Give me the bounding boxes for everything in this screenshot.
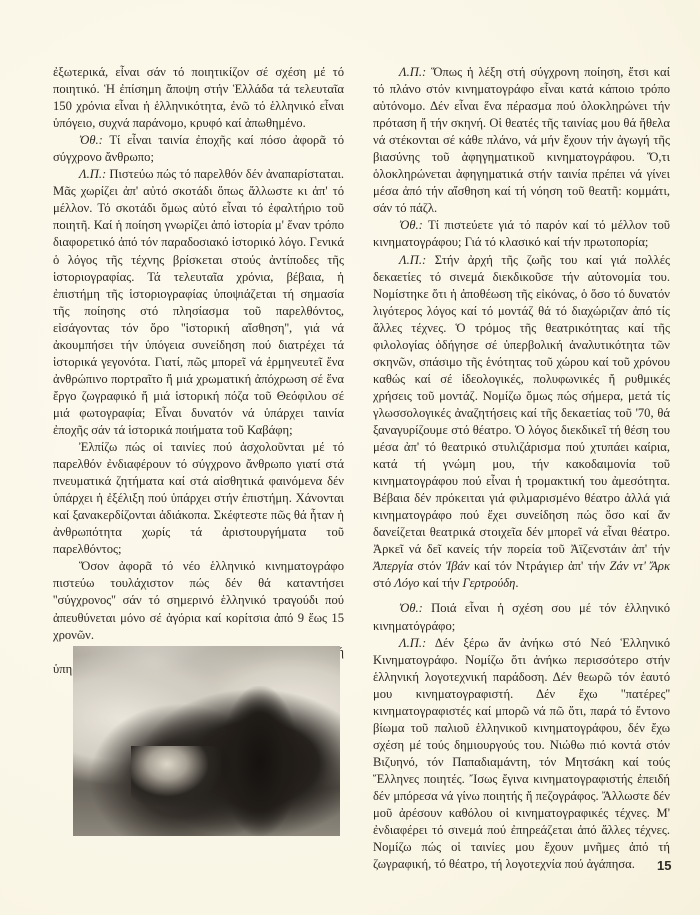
answer-text: Στήν ἀρχή τῆς ζωῆς του καί γιά πολλές δε…: [373, 253, 670, 557]
answer-paragraph: Ἐλπίζω πώς οἱ ταινίες πού ἀσχολοῦνται μέ…: [53, 439, 344, 558]
film-title: Λόγο: [394, 576, 419, 590]
answer-text: Πιστεύω πώς τό παρελθόν δέν ἀναπαρίστατα…: [53, 167, 344, 437]
answer-text: στό: [373, 576, 394, 590]
film-title: Γερτρούδη: [462, 576, 515, 590]
film-title: Ζάν ντ' Ἄρκ: [609, 559, 670, 573]
right-column: Λ.Π.: Ὅπως ἡ λέξη στή σύγχρονη ποίηση, ἔ…: [373, 64, 670, 873]
answer-paragraph: Ὅσον ἀφορᾶ τό νέο ἑλληνικό κινηματογράφο…: [53, 558, 344, 643]
answer-text: Ὅπως ἡ λέξη στή σύγχρονη ποίηση, ἔτσι κα…: [373, 65, 670, 215]
speaker-label-director: Λ.Π.:: [399, 636, 426, 650]
answer-paragraph: Λ.Π.: Ὅπως ἡ λέξη στή σύγχρονη ποίηση, ἔ…: [373, 64, 670, 217]
answer-text: στόν: [413, 559, 446, 573]
question-paragraph: Ὀθ.: Τί πιστεύετε γιά τό παρόν καί τό μέ…: [373, 217, 670, 251]
photo-woman-in-black: [221, 686, 299, 836]
answer-text: καί τήν: [419, 576, 462, 590]
answer-text: Δέν ξέρω ἄν ἀνήκω στό Νεό Ἑλληνικό Κινημ…: [373, 636, 670, 872]
film-title: Ἀπεργία: [373, 559, 413, 573]
question-paragraph: Ὀθ.: Τί εἶναι ταινία ἐποχῆς καί πόσο ἀφο…: [53, 132, 344, 166]
paragraph-continuation: ἐξωτερικά, εἶναι σάν τό ποιητικίζον σέ σ…: [53, 64, 344, 132]
speaker-label-interviewer: Ὀθ.:: [79, 133, 103, 147]
answer-paragraph: Λ.Π.: Στήν ἀρχή τῆς ζωῆς του καί γιά πολ…: [373, 252, 670, 593]
film-title: Ἰβάν: [446, 559, 470, 573]
question-paragraph: Ὀθ.: Ποιά εἶναι ἡ σχέση σου μέ τόν ἑλλην…: [373, 600, 670, 634]
magazine-page: ἐξωτερικά, εἶναι σάν τό ποιητικίζον σέ σ…: [0, 0, 700, 915]
answer-paragraph: Λ.Π.: Δέν ξέρω ἄν ἀνήκω στό Νεό Ἑλληνικό…: [373, 635, 670, 874]
film-still-photo: [73, 646, 340, 836]
speaker-label-director: Λ.Π.:: [399, 253, 426, 267]
speaker-label-director: Λ.Π.:: [79, 167, 106, 181]
page-number: 15: [657, 858, 671, 873]
answer-paragraph: Λ.Π.: Πιστεύω πώς τό παρελθόν δέν ἀναπαρ…: [53, 166, 344, 439]
speaker-label-interviewer: Ὀθ.:: [399, 218, 423, 232]
speaker-label-director: Λ.Π.:: [399, 65, 426, 79]
speaker-label-interviewer: Ὀθ.:: [399, 601, 423, 615]
answer-text: .: [515, 576, 518, 590]
photo-reclining-man: [131, 746, 221, 806]
left-column: ἐξωτερικά, εἶναι σάν τό ποιητικίζον σέ σ…: [53, 64, 344, 678]
answer-text: καί τόν Ντράγιερ ἀπ' τήν: [470, 559, 610, 573]
